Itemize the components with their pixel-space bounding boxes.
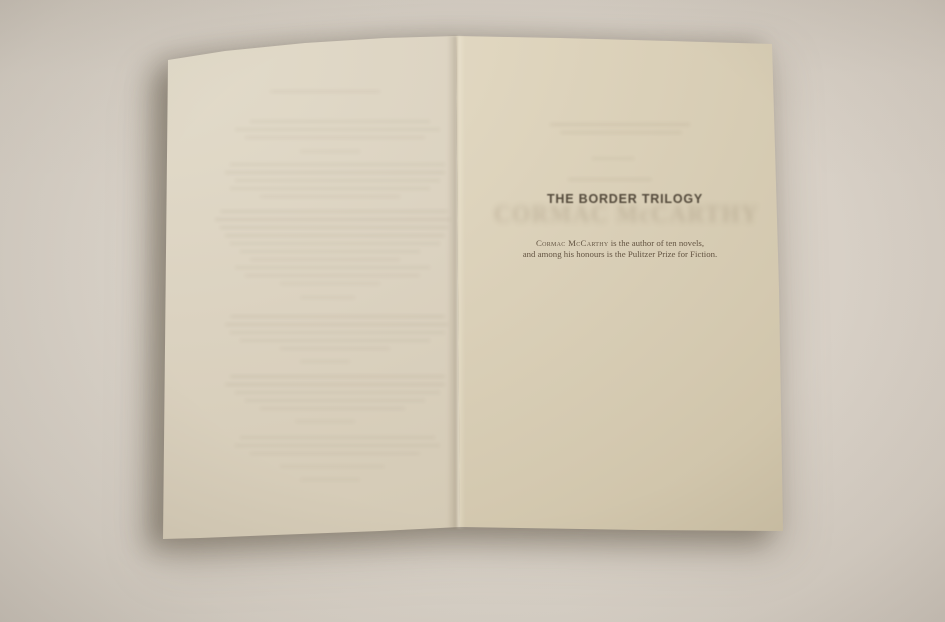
ghost-text-line [230, 315, 445, 318]
ghost-text-line [592, 157, 634, 160]
ghost-text-line [230, 331, 445, 334]
book-gutter-fold [447, 36, 465, 528]
ghost-text-line [235, 179, 440, 182]
ghost-text-line [235, 444, 440, 447]
ghost-text-line [240, 250, 420, 253]
ghost-text-line [300, 296, 355, 299]
ghost-text-line [300, 150, 360, 153]
ghost-text-line [260, 195, 400, 198]
ghost-text-line [240, 339, 430, 342]
ghost-text-line [280, 347, 390, 350]
ghost-text-line [230, 187, 430, 190]
ghost-text-line [270, 90, 380, 93]
ghost-text-line [230, 375, 445, 378]
photo-background: CORMAC McCARTHY THE BORDER TRILOGY Corma… [0, 0, 945, 622]
ghost-text-line [250, 452, 420, 455]
author-blurb-line2: and among his honours is the Pulitzer Pr… [523, 249, 717, 259]
ghost-text-line [300, 360, 350, 363]
ghost-text-line [280, 465, 385, 468]
ghost-text-line [250, 258, 400, 261]
ghost-text-line [215, 218, 450, 221]
ghost-text-line [568, 178, 652, 181]
ghost-text-line [225, 383, 445, 386]
ghost-text-line [295, 420, 355, 423]
ghost-text-line [240, 436, 435, 439]
ghost-text-line [550, 123, 690, 126]
author-blurb-line1-rest: is the author of ten novels, [609, 238, 705, 248]
ghost-text-line [235, 391, 440, 394]
ghost-text-line [235, 128, 440, 131]
ghost-text-line [280, 282, 380, 285]
ghost-text-line [250, 120, 430, 123]
ghost-text-line [220, 210, 448, 213]
author-name: Cormac McCarthy [536, 238, 609, 248]
ghost-text-line [230, 163, 445, 166]
ghost-text-line [225, 171, 445, 174]
ghost-text-line [220, 226, 448, 229]
ghost-text-line [230, 242, 440, 245]
author-blurb: Cormac McCarthy is the author of ten nov… [487, 238, 753, 260]
ghost-text-line [300, 478, 360, 481]
ghost-text-line [235, 266, 430, 269]
author-blurb-line1: Cormac McCarthy is the author of ten nov… [536, 238, 704, 248]
right-page: CORMAC McCARTHY THE BORDER TRILOGY Corma… [0, 0, 945, 622]
ghost-text-line [225, 323, 448, 326]
ghost-text-line [225, 234, 445, 237]
open-book: CORMAC McCARTHY THE BORDER TRILOGY Corma… [0, 0, 945, 622]
ghost-text-line [260, 407, 405, 410]
ghost-text-line [245, 274, 420, 277]
ghost-text-line [560, 131, 682, 134]
ghost-text-line [245, 136, 425, 139]
ghost-text-line [245, 399, 425, 402]
page-heading: THE BORDER TRILOGY [505, 192, 745, 207]
